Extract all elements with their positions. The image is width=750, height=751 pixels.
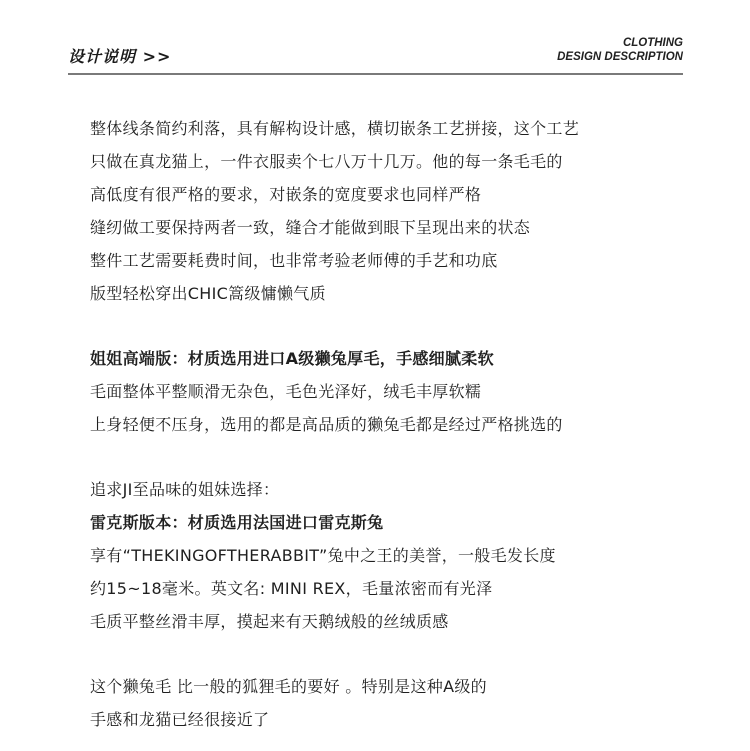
text-line: 版型轻松穿出CHIC篙级慵懒气质 [90, 277, 710, 310]
text-line: 只做在真龙猫上，一件衣服卖个七八万十几万。他的每一条毛毛的 [90, 145, 710, 178]
paragraph-rex-version: 追求JI至品味的姐妹选择： 雷克斯版本：材质选用法国进口雷克斯兔 享有“THEK… [90, 473, 710, 638]
section-title: 设计说明 >> [68, 44, 171, 67]
section-subtitle: CLOTHING DESIGN DESCRIPTION [557, 36, 683, 64]
subtitle-design-description: DESIGN DESCRIPTION [557, 50, 683, 64]
paragraph-design: 整体线条简约利落，具有解构设计感，横切嵌条工艺拼接，这个工艺 只做在真龙猫上，一… [90, 112, 710, 310]
text-line: 这个獭兔毛 比一般的狐狸毛的要好 。特别是这种A级的 [90, 670, 710, 703]
text-line-heading: 雷克斯版本：材质选用法国进口雷克斯兔 [90, 506, 710, 539]
text-line: 缝纫做工要保持两者一致，缝合才能做到眼下呈现出来的状态 [90, 211, 710, 244]
text-line: 整体线条简约利落，具有解构设计感，横切嵌条工艺拼接，这个工艺 [90, 112, 710, 145]
text-line: 上身轻便不压身，选用的都是高品质的獭兔毛都是经过严格挑选的 [90, 408, 710, 441]
paragraph-gap [90, 638, 710, 670]
text-line: 手感和龙猫已经很接近了 [90, 703, 710, 736]
text-line: 高低度有很严格的要求，对嵌条的宽度要求也同样严格 [90, 178, 710, 211]
text-line: 约15~18毫米。英文名: MINI REX，毛量浓密而有光泽 [90, 572, 710, 605]
paragraph-premium-version: 姐姐高端版：材质选用进口A级獭兔厚毛，手感细腻柔软 毛面整体平整顺滑无杂色，毛色… [90, 342, 710, 441]
text-line: 毛面整体平整顺滑无杂色，毛色光泽好，绒毛丰厚软糯 [90, 375, 710, 408]
text-line: 整件工艺需要耗费时间，也非常考验老师傅的手艺和功底 [90, 244, 710, 277]
text-line: 追求JI至品味的姐妹选择： [90, 473, 710, 506]
subtitle-clothing: CLOTHING [557, 36, 683, 50]
text-line: 毛质平整丝滑丰厚，摸起来有天鹅绒般的丝绒质感 [90, 605, 710, 638]
text-line: 享有“THEKINGOFTHERABBIT”兔中之王的美誉，一般毛发长度 [90, 539, 710, 572]
text-line-heading: 姐姐高端版：材质选用进口A级獭兔厚毛，手感细腻柔软 [90, 342, 710, 375]
paragraph-gap [90, 310, 710, 342]
header-divider [68, 73, 683, 75]
paragraph-comparison: 这个獭兔毛 比一般的狐狸毛的要好 。特别是这种A级的 手感和龙猫已经很接近了 [90, 670, 710, 736]
section-header: 设计说明 >> CLOTHING DESIGN DESCRIPTION [68, 34, 683, 74]
description-body: 整体线条简约利落，具有解构设计感，横切嵌条工艺拼接，这个工艺 只做在真龙猫上，一… [90, 112, 710, 736]
paragraph-gap [90, 441, 710, 473]
